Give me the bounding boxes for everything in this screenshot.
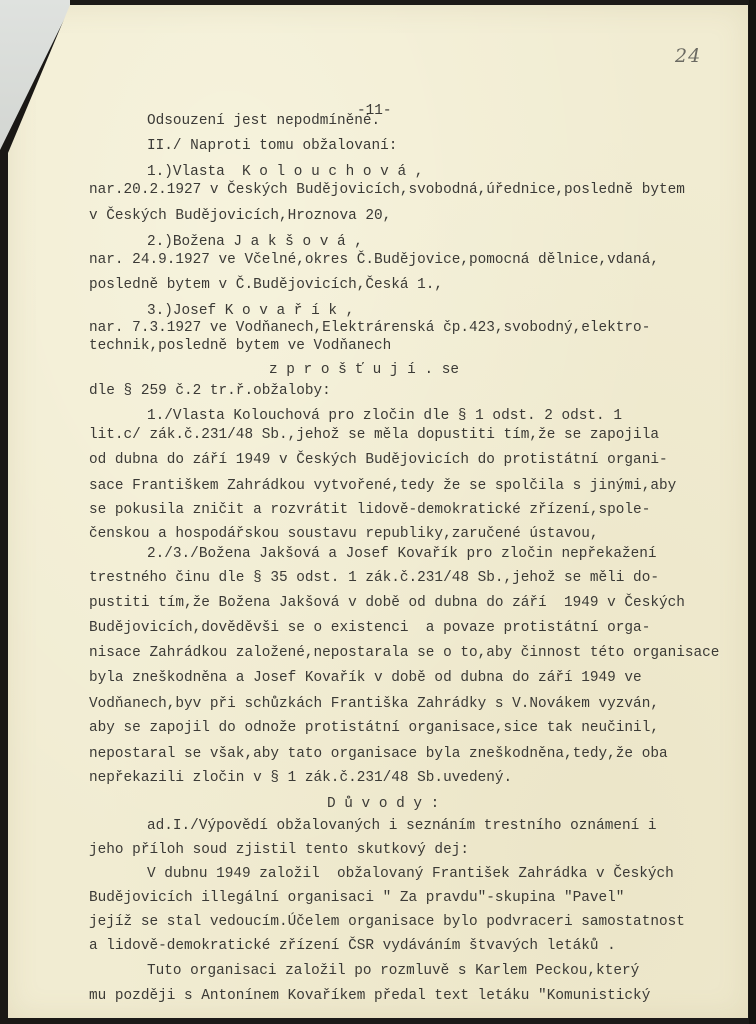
text-line: ad.I./Výpovědí obžalovaných i seznáním t… (147, 818, 657, 834)
text-line: II./ Naproti tomu obžalovaní: (147, 138, 397, 154)
text-line: Odsouzení jest nepodmíněné. (147, 113, 380, 129)
text-line: 2./3./Božena Jakšová a Josef Kovařík pro… (147, 546, 657, 562)
text-line: nepostaral se však,aby tato organisace b… (89, 746, 668, 762)
text-line: lit.c/ zák.č.231/48 Sb.,jehož se měla do… (89, 427, 659, 443)
text-line: od dubna do září 1949 v Českých Budějovi… (89, 452, 668, 468)
text-line: 2.)Božena J a k š o v á , (147, 234, 363, 250)
text-line: aby se zapojil do odnože protistátní org… (89, 720, 659, 736)
text-line: V dubnu 1949 založil obžalovaný Františe… (147, 866, 674, 882)
text-line: dle § 259 č.2 tr.ř.obžaloby: (89, 383, 331, 399)
text-line: se pokusila zničit a rozvrátit lidově-de… (89, 502, 650, 518)
scanner-edge (749, 0, 756, 1024)
text-line: Budějovicích,dověděvši se o existenci a … (89, 620, 650, 636)
text-line: posledně bytem v Č.Budějovicích,Česká 1.… (89, 277, 443, 293)
text-line: mu později s Antonínem Kovaříkem předal … (89, 988, 650, 1004)
text-line: a lidově-demokratické zřízení ČSR vydává… (89, 938, 616, 954)
text-line: v Českých Budějovicích,Hroznova 20, (89, 208, 391, 224)
text-line: nepřekazili zločin v § 1 zák.č.231/48 Sb… (89, 770, 512, 786)
text-line: nar. 24.9.1927 ve Včelné,okres Č.Budějov… (89, 252, 659, 268)
text-line: technik,posledně bytem ve Vodňanech (89, 338, 391, 354)
text-line: byla zneškodněna a Josef Kovařík v době … (89, 670, 642, 686)
text-line: Vodňanech,byv při schůzkách Františka Za… (89, 696, 659, 712)
text-line: trestného činu dle § 35 odst. 1 zák.č.23… (89, 570, 659, 586)
handwritten-page-number: 24 (675, 45, 701, 67)
text-line: čenskou a hospodářskou soustavu republik… (89, 526, 599, 542)
text-line: D ů v o d y : (327, 796, 439, 812)
text-line: Tuto organisaci založil po rozmluvě s Ka… (147, 963, 639, 979)
text-line: nisace Zahrádkou založené,nepostarala se… (89, 645, 719, 661)
text-line: nar. 7.3.1927 ve Vodňanech,Elektrárenská… (89, 320, 650, 336)
text-line: nar.20.2.1927 v Českých Budějovicích,svo… (89, 182, 685, 198)
text-line: 3.)Josef K o v a ř í k , (147, 303, 354, 319)
text-line: z p r o š ť u j í . se (269, 362, 459, 378)
text-line: 1./Vlasta Kolouchová pro zločin dle § 1 … (147, 408, 622, 424)
text-line: 1.)Vlasta K o l o u c h o v á , (147, 164, 423, 180)
text-line: jeho příloh soud zjistil tento skutkový … (89, 842, 469, 858)
text-line: sace Františkem Zahrádkou vytvořené,tedy… (89, 478, 676, 494)
text-line: jejíž se stal vedoucím.Účelem organisace… (89, 914, 685, 930)
text-line: Budějovicích illegální organisaci " Za p… (89, 890, 624, 906)
text-line: pustiti tím,že Božena Jakšová v době od … (89, 595, 685, 611)
